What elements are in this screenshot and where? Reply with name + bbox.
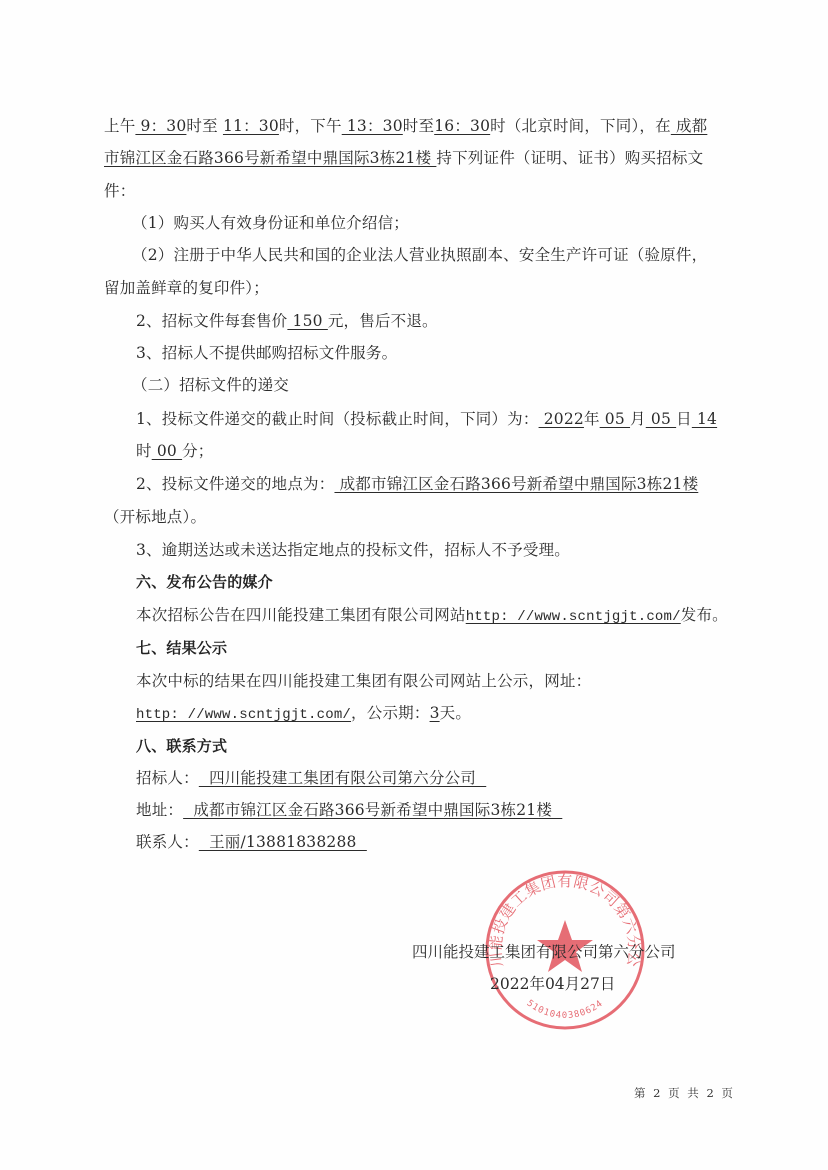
text: 日 bbox=[676, 410, 692, 428]
price-line: 2、招标文件每套售价 150 元，售后不退。 bbox=[136, 311, 438, 331]
address-contact-line: 地址： 成都市锦江区金石路366号新希望中鼎国际3栋21楼 bbox=[136, 800, 562, 820]
requirement-item-2-cont: 留加盖鲜章的复印件）； bbox=[104, 278, 269, 298]
tenderer-value: 四川能投建工集团有限公司第六分公司 bbox=[199, 769, 486, 787]
text: 发布。 bbox=[681, 606, 728, 624]
location-line-cont: （开标地点）。 bbox=[104, 507, 206, 527]
deadline-year: 2022 bbox=[539, 410, 584, 428]
publicity-period-value: 3 bbox=[430, 704, 440, 722]
text: 分； bbox=[182, 442, 213, 460]
text: 时（北京时间，下同），在 bbox=[490, 117, 671, 135]
contact-line: 联系人： 王丽/13881838288 bbox=[136, 832, 367, 852]
afternoon-start-time: 13：30 bbox=[342, 117, 403, 135]
text: 时至 bbox=[186, 117, 223, 135]
deadline-day: 05 bbox=[646, 410, 676, 428]
tenderer-line: 招标人： 四川能投建工集团有限公司第六分公司 bbox=[136, 768, 486, 788]
section-7-text: 本次中标的结果在四川能投建工集团有限公司网站上公示，网址： bbox=[136, 671, 591, 691]
text: 持下列证件（证明、证书）购买招标文 bbox=[436, 149, 703, 167]
signature-company: 四川能投建工集团有限公司第六分公司 bbox=[412, 940, 676, 962]
section-6-heading: 六、发布公告的媒介 bbox=[136, 572, 273, 592]
text: 2、招标文件每套售价 bbox=[136, 312, 287, 330]
svg-text:5101040380624: 5101040380624 bbox=[525, 999, 606, 1022]
section-7-heading: 七、结果公示 bbox=[136, 638, 227, 658]
text: 天。 bbox=[440, 704, 471, 722]
address-value: 成都市锦江区金石路366号新希望中鼎国际3栋21楼 bbox=[183, 801, 562, 819]
text: 本次招标公告在四川能投建工集团有限公司网站 bbox=[136, 606, 466, 624]
contact-value: 王丽/13881838288 bbox=[199, 833, 367, 851]
text: 上午 bbox=[104, 117, 135, 135]
deadline-month: 05 bbox=[600, 410, 630, 428]
signature-date: 2022年04月27日 bbox=[490, 972, 615, 994]
text: 时 bbox=[136, 442, 152, 460]
address-line: 市锦江区金石路366号新希望中鼎国际3栋21楼 持下列证件（证明、证书）购买招标… bbox=[104, 148, 703, 168]
morning-start-time: 9：30 bbox=[135, 117, 186, 135]
morning-end-time: 11：30 bbox=[223, 117, 279, 135]
submission-address: 成都市锦江区金石路366号新希望中鼎国际3栋21楼 bbox=[334, 475, 698, 493]
hours-line: 上午 9：30时至 11：30时，下午 13：30时至16：30时（北京时间，下… bbox=[104, 116, 707, 136]
result-website-link[interactable]: http: //www.scntjgjt.com/ bbox=[136, 707, 351, 723]
late-submission-line: 3、逾期送达或未送达指定地点的投标文件，招标人不予受理。 bbox=[136, 540, 570, 560]
text: 元，售后不退。 bbox=[328, 312, 438, 330]
purchase-address: 市锦江区金石路366号新希望中鼎国际3栋21楼 bbox=[104, 149, 436, 167]
address-label: 地址： bbox=[136, 801, 183, 819]
deadline-line-cont: 时 00 分； bbox=[136, 441, 214, 461]
contact-label: 联系人： bbox=[136, 833, 199, 851]
page-number: 第 2 页 共 2 页 bbox=[634, 1085, 735, 1101]
deadline-minute: 00 bbox=[152, 442, 182, 460]
requirement-item-2: （2）注册于中华人民共和国的企业法人营业执照副本、安全生产许可证（验原件， bbox=[132, 245, 707, 265]
text: 2、投标文件递交的地点为： bbox=[136, 475, 334, 493]
text: 时至 bbox=[403, 117, 434, 135]
afternoon-end-time: 16：30 bbox=[434, 117, 490, 135]
price-value: 150 bbox=[287, 312, 327, 330]
website-link[interactable]: http: //www.scntjgjt.com/ bbox=[466, 609, 681, 625]
deadline-hour: 14 bbox=[692, 410, 717, 428]
section-7-url-line: http: //www.scntjgjt.com/，公示期：3天。 bbox=[136, 703, 471, 725]
requirement-item-1: （1）购买人有效身份证和单位介绍信； bbox=[132, 213, 409, 233]
text: 1、投标文件递交的截止时间（投标截止时间，下同）为： bbox=[136, 410, 539, 428]
purchase-address-start: 成都 bbox=[671, 117, 708, 135]
text: 月 bbox=[630, 410, 646, 428]
document-page: 上午 9：30时至 11：30时，下午 13：30时至16：30时（北京时间，下… bbox=[0, 0, 828, 1170]
location-line: 2、投标文件递交的地点为： 成都市锦江区金石路366号新希望中鼎国际3栋21楼 bbox=[136, 474, 698, 494]
no-mail-line: 3、招标人不提供邮购招标文件服务。 bbox=[136, 343, 397, 363]
deadline-line: 1、投标文件递交的截止时间（投标截止时间，下同）为： 2022年 05 月 05… bbox=[136, 409, 717, 429]
text: 时，下午 bbox=[279, 117, 342, 135]
text-line: 件： bbox=[104, 181, 135, 201]
section-8-heading: 八、联系方式 bbox=[136, 736, 227, 756]
sub-heading: （二）招标文件的递交 bbox=[132, 375, 289, 395]
text: ，公示期： bbox=[351, 704, 430, 722]
tenderer-label: 招标人： bbox=[136, 769, 199, 787]
section-6-text: 本次招标公告在四川能投建工集团有限公司网站http: //www.scntjgj… bbox=[136, 605, 728, 627]
text: 年 bbox=[584, 410, 600, 428]
